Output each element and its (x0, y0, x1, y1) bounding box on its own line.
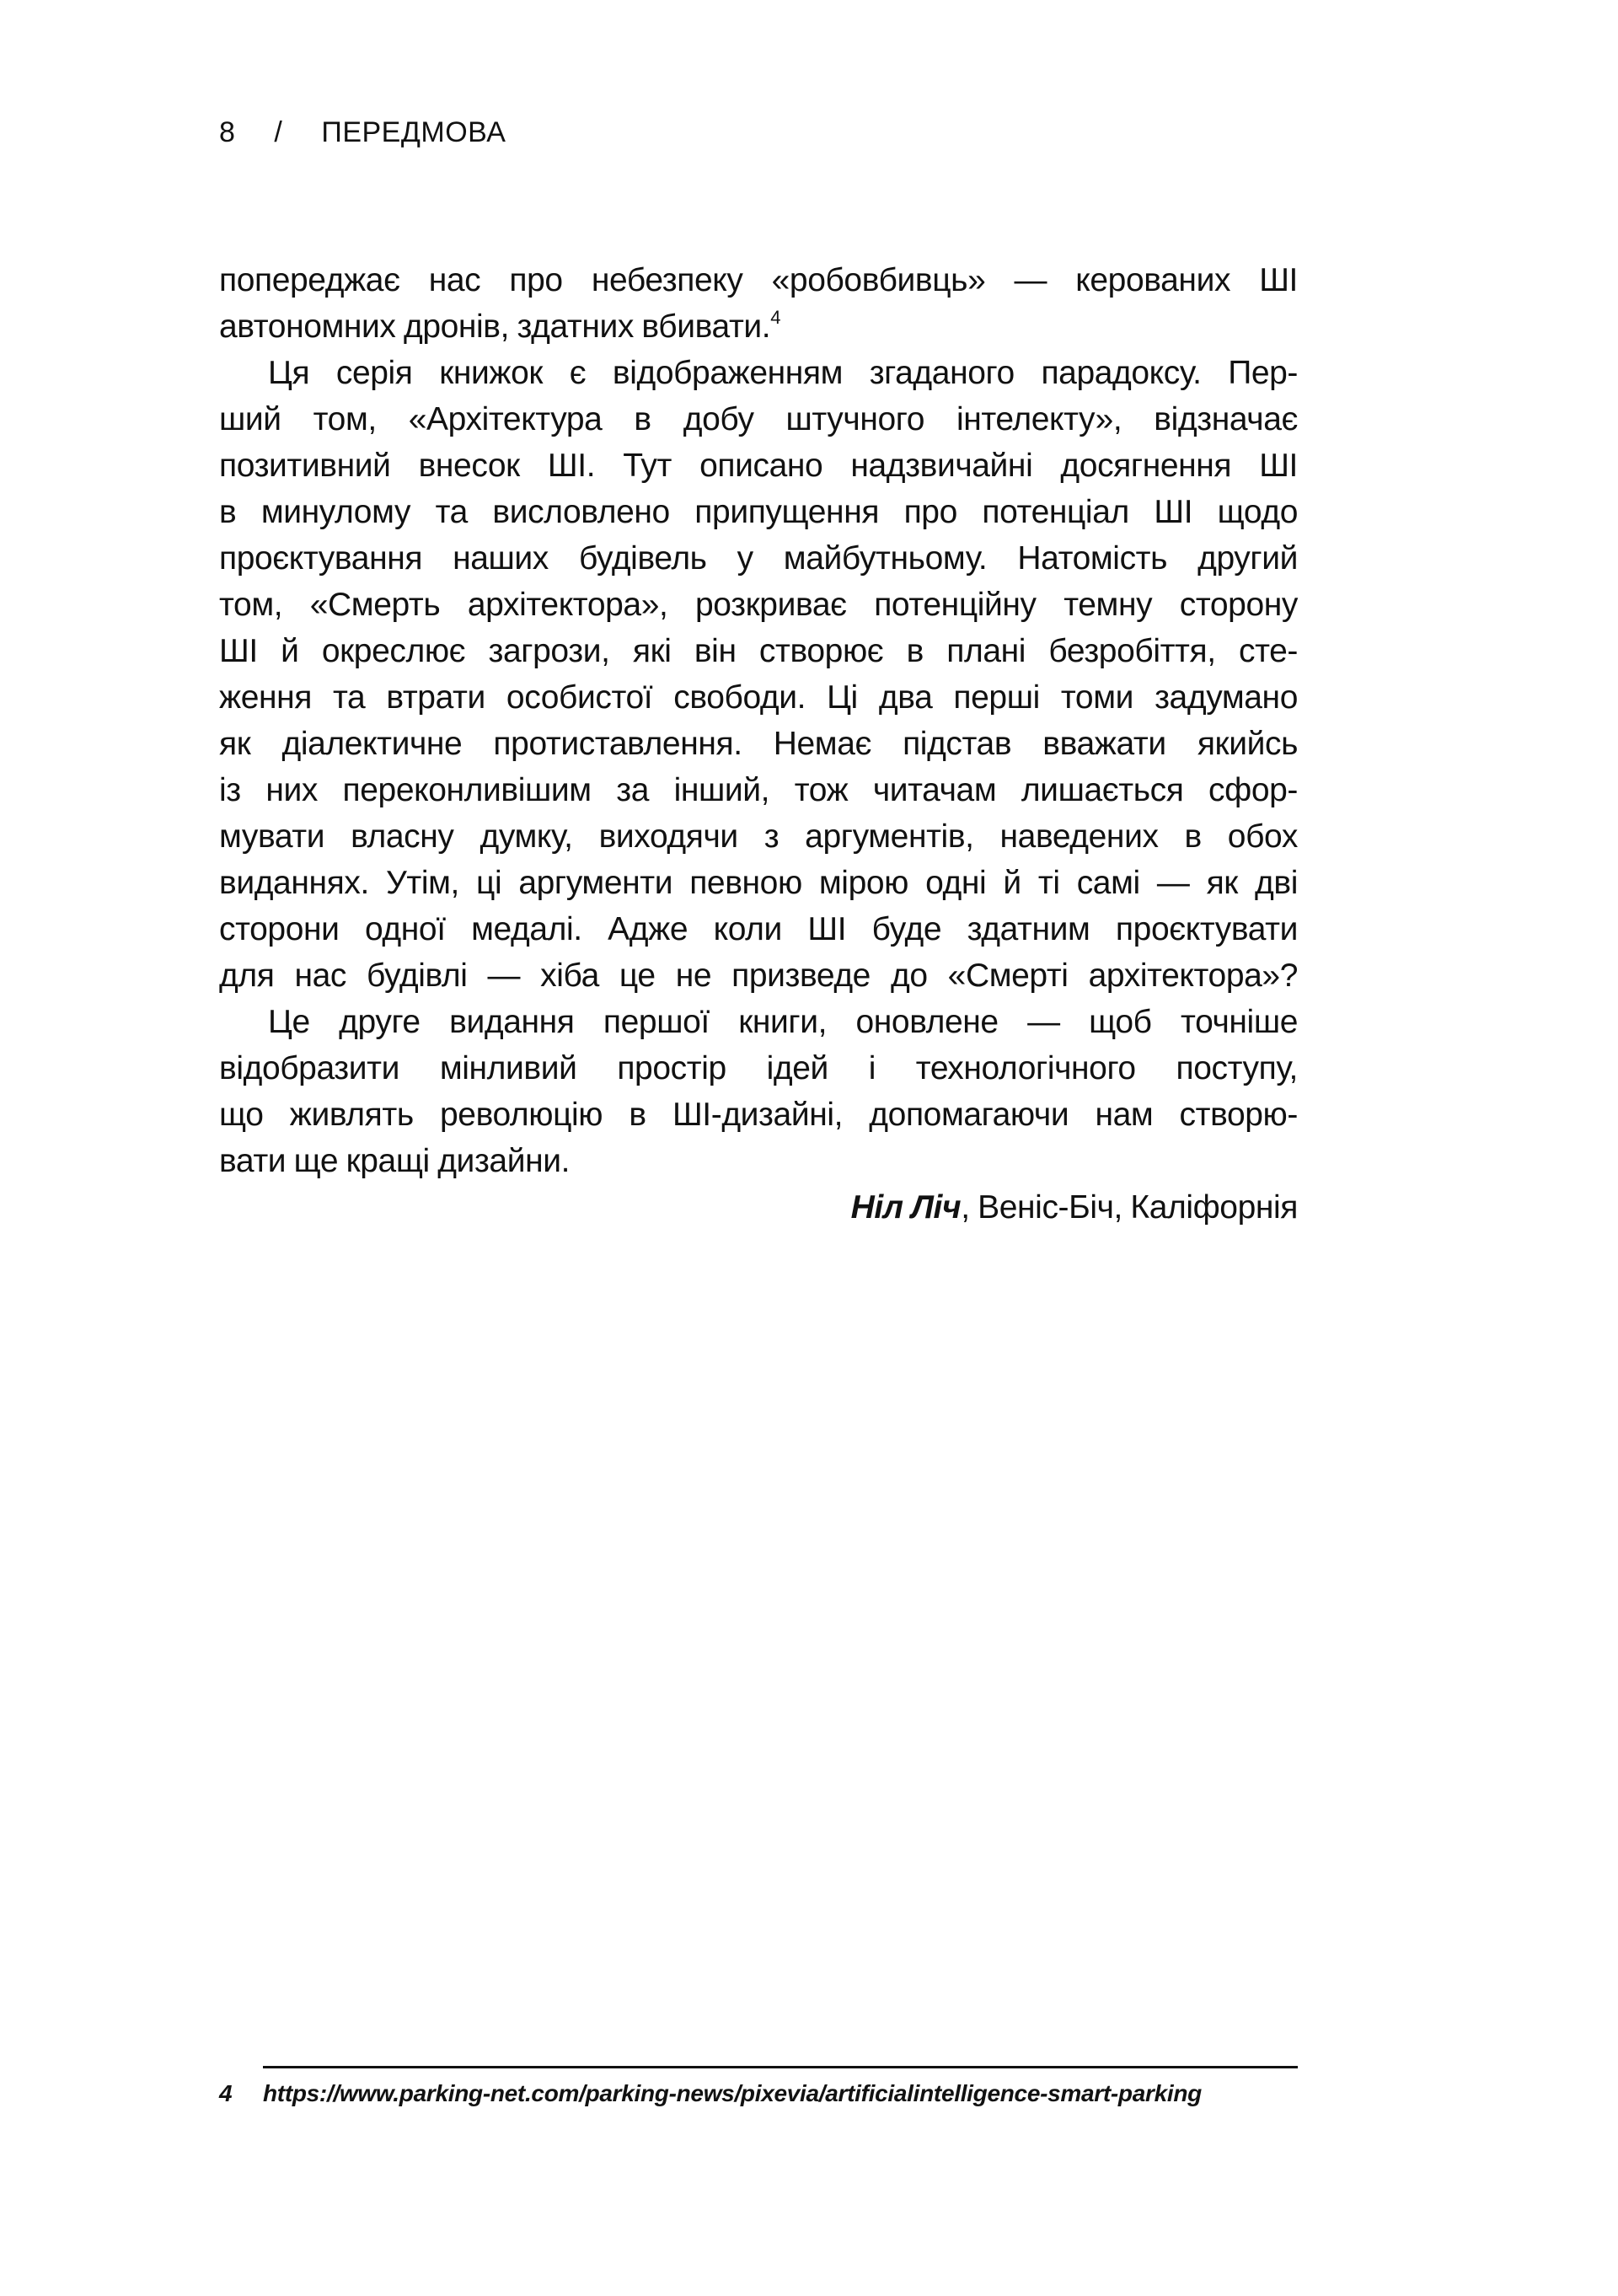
running-head-separator: / (274, 116, 282, 149)
text-line: виданнях. Утім, ці аргументи певною міро… (219, 860, 1298, 906)
text-line: том, «Смерть архітектора», розкриває пот… (219, 582, 1298, 628)
signature-location: , Веніс-Біч, Каліфорнія (961, 1189, 1298, 1226)
text-line: Ця серія книжок є відображенням згаданог… (219, 350, 1298, 396)
text-line: Це друге видання першої книги, оновлене … (219, 999, 1298, 1045)
footnote: 4 https://www.parking-net.com/parking-ne… (219, 2080, 1202, 2107)
text-line: мувати власну думку, виходячи з аргумент… (219, 813, 1298, 860)
paragraph-1: попереджає нас про небезпеку «робовбивць… (219, 257, 1298, 350)
running-head: 8 / ПЕРЕДМОВА (219, 116, 506, 149)
text-line: в минулому та висловлено припущення про … (219, 489, 1298, 535)
text-line: що живлять революцію в ШІ-дизайні, допом… (219, 1092, 1298, 1138)
footnote-divider (263, 2066, 1298, 2068)
text-line: автономних дронів, здатних вбивати.4 (219, 303, 1298, 350)
text-line: ШІ й окреслює загрози, які він створює в… (219, 628, 1298, 674)
text-line: ження та втрати особистої свободи. Ці дв… (219, 674, 1298, 721)
text-line: сторони одної медалі. Адже коли ШІ буде … (219, 906, 1298, 952)
section-title: ПЕРЕДМОВА (321, 116, 506, 149)
text-line: ший том, «Архітектура в добу штучного ін… (219, 396, 1298, 443)
text-line: для нас будівлі — хіба це не призведе до… (219, 952, 1298, 999)
text-line: проєктування наших будівель у майбутньом… (219, 535, 1298, 582)
text-line: із них переконливішим за інший, тож чита… (219, 767, 1298, 813)
text-line: відобразити мінливий простір ідей і техн… (219, 1045, 1298, 1092)
signature-author: Ніл Ліч (851, 1189, 962, 1226)
text-line: вати ще кращі дизайни. (219, 1138, 1298, 1184)
text-line: як діалектичне протиставлення. Немає під… (219, 721, 1298, 767)
text-line-content: автономних дронів, здатних вбивати. (219, 308, 770, 345)
paragraph-2: Ця серія книжок є відображенням згаданог… (219, 350, 1298, 999)
footnote-link[interactable]: https://www.parking-net.com/parking-news… (263, 2080, 1202, 2107)
footnote-reference[interactable]: 4 (770, 307, 780, 328)
paragraph-3: Це друге видання першої книги, оновлене … (219, 999, 1298, 1184)
body-text: попереджає нас про небезпеку «робовбивць… (219, 257, 1298, 1231)
page-number: 8 (219, 116, 235, 149)
footnote-number: 4 (219, 2080, 263, 2107)
text-line: позитивний внесок ШІ. Тут описано надзви… (219, 443, 1298, 489)
signature: Ніл Ліч, Веніс-Біч, Каліфорнія (219, 1184, 1298, 1231)
text-line: попереджає нас про небезпеку «робовбивць… (219, 257, 1298, 303)
